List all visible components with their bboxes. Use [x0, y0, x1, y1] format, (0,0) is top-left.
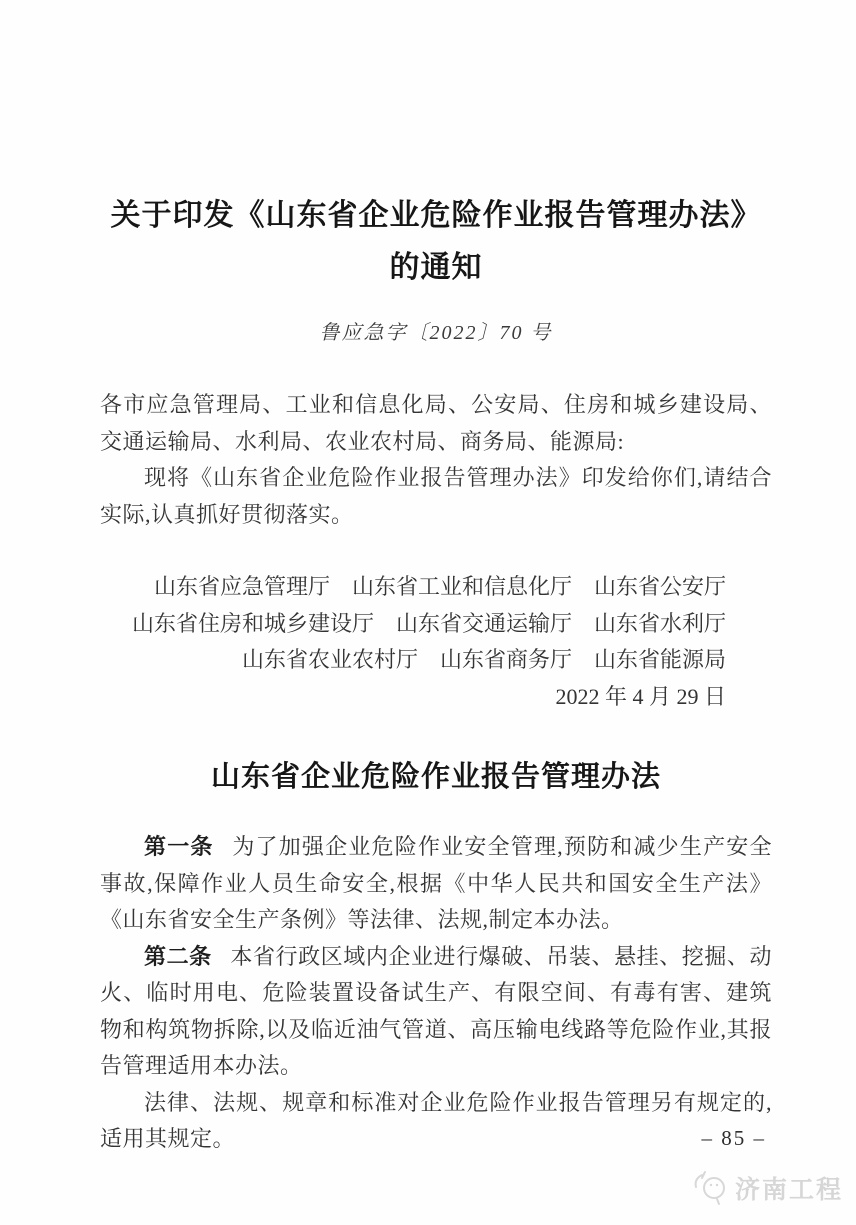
regulation-articles: 第一条为了加强企业危险作业安全管理,预防和减少生产安全事故,保障作业人员生命安全… [100, 829, 772, 1158]
signature-line: 山东省住房和城乡建设厅 山东省交通运输厅 山东省水利厅 [100, 606, 726, 643]
salutation-paragraph: 各市应急管理局、工业和信息化局、公安局、住房和城乡建设局、交通运输局、水利局、农… [100, 387, 772, 460]
page-number: – 85 – [702, 1126, 767, 1151]
mascot-megaphone-icon [690, 1170, 730, 1206]
document-number: 鲁应急字〔2022〕70 号 [100, 316, 772, 345]
notice-title-line1: 关于印发《山东省企业危险作业报告管理办法》 [111, 199, 762, 232]
article-1: 第一条为了加强企业危险作业安全管理,预防和减少生产安全事故,保障作业人员生命安全… [100, 829, 772, 939]
signature-line: 山东省农业农村厅 山东省商务厅 山东省能源局 [100, 642, 726, 679]
article-2: 第二条本省行政区域内企业进行爆破、吊装、悬挂、挖掘、动火、临时用电、危险装置设备… [100, 939, 772, 1085]
signature-line: 山东省应急管理厅 山东省工业和信息化厅 山东省公安厅 [100, 569, 726, 606]
article-2-label: 第二条 [144, 944, 212, 969]
regulation-title: 山东省企业危险作业报告管理办法 [100, 755, 772, 799]
article-1-label: 第一条 [144, 834, 214, 859]
watermark-label: 济南工程 [735, 1170, 843, 1206]
article-2-extra-paragraph: 法律、法规、规章和标准对企业危险作业报告管理另有规定的,适用其规定。 [100, 1085, 772, 1158]
notice-title: 关于印发《山东省企业危险作业报告管理办法》 的通知 [100, 0, 772, 294]
notice-body: 各市应急管理局、工业和信息化局、公安局、住房和城乡建设局、交通运输局、水利局、农… [100, 387, 772, 533]
notice-title-line2: 的通知 [390, 251, 483, 284]
publisher-watermark: 济南工程 [690, 1170, 843, 1206]
document-page: 关于印发《山东省企业危险作业报告管理办法》 的通知 鲁应急字〔2022〕70 号… [0, 0, 856, 1225]
signature-date: 2022 年 4 月 29 日 [100, 679, 726, 716]
forward-paragraph: 现将《山东省企业危险作业报告管理办法》印发给你们,请结合实际,认真抓好贯彻落实。 [100, 460, 772, 533]
signature-block: 山东省应急管理厅 山东省工业和信息化厅 山东省公安厅 山东省住房和城乡建设厅 山… [100, 569, 772, 715]
